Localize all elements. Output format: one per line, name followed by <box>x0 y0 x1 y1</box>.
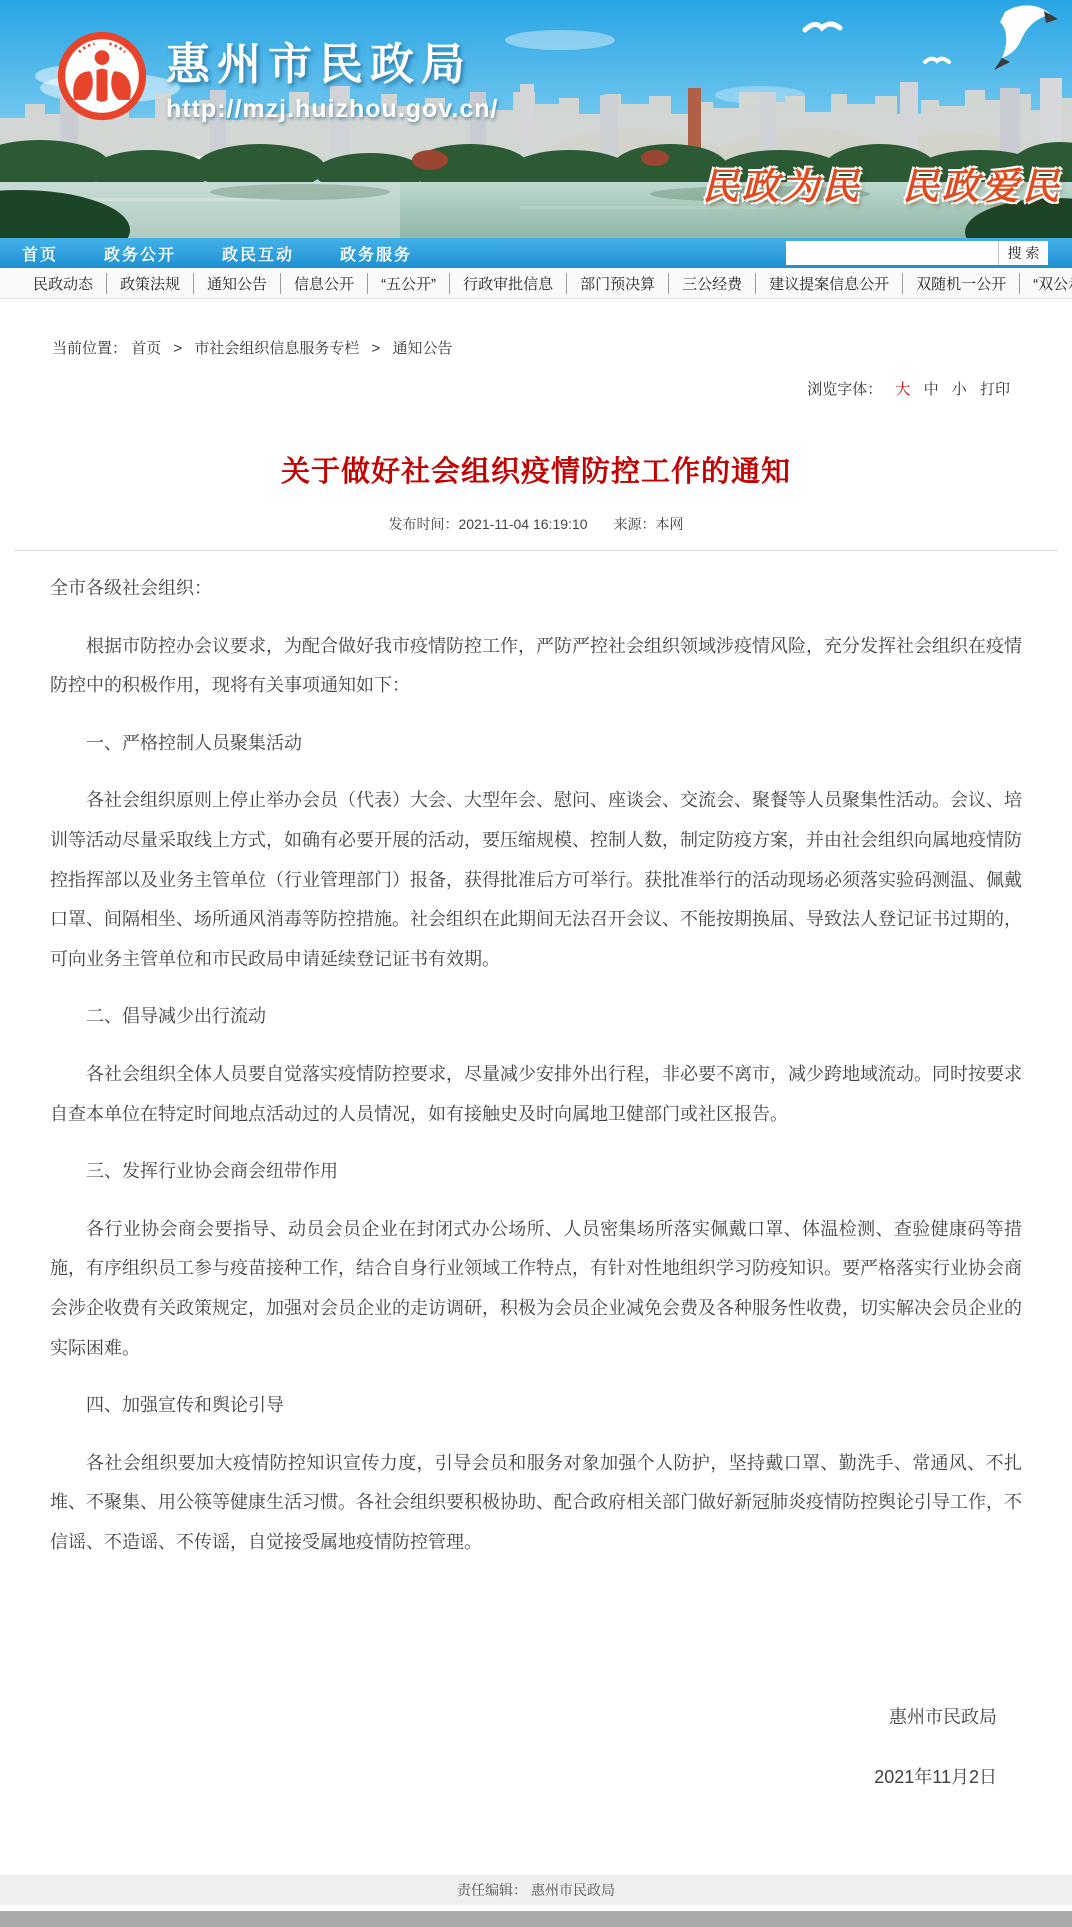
subnav-item-five-open[interactable]: “五公开” <box>367 273 449 294</box>
search-input[interactable] <box>786 241 998 265</box>
subnav-item-double-publicity[interactable]: “双公示”信息 <box>1019 273 1072 294</box>
signature-date: 2021年11月2日 <box>50 1757 997 1797</box>
breadcrumb-label: 当前位置： <box>52 340 127 357</box>
editor-label: 责任编辑： <box>457 1880 527 1900</box>
article-paragraph: 各社会组织要加大疫情防控知识宣传力度，引导会员和服务对象加强个人防护，坚持戴口罩… <box>50 1444 1022 1563</box>
site-banner: 惠州市民政局 http://mzj.huizhou.gov.cn/ 民政为民 民… <box>0 0 1072 238</box>
article-paragraph: 各行业协会商会要指导、动员会员企业在封闭式办公场所、人员密集场所落实佩戴口罩、体… <box>50 1210 1022 1368</box>
font-size-large-button[interactable]: 大 <box>895 381 910 398</box>
breadcrumb-home[interactable]: 首页 <box>131 340 161 357</box>
subnav-item-policies[interactable]: 政策法规 <box>106 273 193 294</box>
sub-nav: 民政动态 政策法规 通知公告 信息公开 “五公开” 行政审批信息 部门预决算 三… <box>0 268 1072 299</box>
banner-slogan: 民政为民 民政爱民 <box>702 156 1062 210</box>
breadcrumb-column[interactable]: 市社会组织信息服务专栏 <box>194 340 359 357</box>
main-nav: 首页 政务公开 政民互动 政务服务 搜 索 <box>0 238 1072 268</box>
signature-org: 惠州市民政局 <box>50 1697 997 1737</box>
section-heading-2: 二、倡导减少出行流动 <box>50 997 1022 1037</box>
section-heading-1: 一、严格控制人员聚集活动 <box>50 724 1022 764</box>
breadcrumb-current[interactable]: 通知公告 <box>392 340 452 357</box>
font-size-medium-button[interactable]: 中 <box>924 381 939 398</box>
subnav-item-double-random[interactable]: 双随机一公开 <box>902 273 1019 294</box>
breadcrumb-separator: > <box>173 340 182 357</box>
article-salutation: 全市各级社会组织： <box>50 569 1022 609</box>
civil-affairs-logo-icon <box>56 30 148 122</box>
nav-item-interaction[interactable]: 政民互动 <box>222 242 294 265</box>
article-paragraph: 各社会组织全体人员要自觉落实疫情防控要求，尽量减少安排外出行程，非必要不离市，减… <box>50 1055 1022 1134</box>
editor-bar: 责任编辑： 惠州市民政局 <box>0 1875 1072 1905</box>
subnav-item-budget[interactable]: 部门预决算 <box>566 273 668 294</box>
site-brand: 惠州市民政局 http://mzj.huizhou.gov.cn/ <box>56 28 498 124</box>
subnav-item-three-public-funds[interactable]: 三公经费 <box>668 273 755 294</box>
page-footer: 责任编辑： 惠州市民政局 <box>0 1875 1072 1927</box>
publish-time-label: 发布时间： <box>389 516 459 532</box>
section-heading-4: 四、加强宣传和舆论引导 <box>50 1386 1022 1426</box>
article-paragraph: 各社会组织原则上停止举办会员（代表）大会、大型年会、慰问、座谈会、交流会、聚餐等… <box>50 781 1022 979</box>
page: 惠州市民政局 http://mzj.huizhou.gov.cn/ 民政为民 民… <box>0 0 1072 1927</box>
subnav-item-notices[interactable]: 通知公告 <box>193 273 280 294</box>
article: 关于做好社会组织疫情防控工作的通知 发布时间：2021-11-04 16:19:… <box>0 449 1072 1797</box>
article-paragraph: 根据市防控办会议要求，为配合做好我市疫情防控工作，严防严控社会组织领域涉疫情风险… <box>50 627 1022 706</box>
breadcrumb: 当前位置： 首页 > 市社会组织信息服务专栏 > 通知公告 <box>52 337 1072 358</box>
divider <box>14 550 1058 551</box>
font-size-small-button[interactable]: 小 <box>952 381 967 398</box>
publish-time: 2021-11-04 16:19:10 <box>459 516 588 532</box>
bottom-strip <box>0 1911 1072 1927</box>
site-name: 惠州市民政局 <box>166 28 498 92</box>
subnav-item-admin-approval[interactable]: 行政审批信息 <box>449 273 566 294</box>
article-signature-block: 惠州市民政局 2021年11月2日 <box>50 1697 997 1797</box>
source-label: 来源： <box>613 516 655 532</box>
site-url: http://mzj.huizhou.gov.cn/ <box>166 95 498 124</box>
article-body: 全市各级社会组织： 根据市防控办会议要求，为配合做好我市疫情防控工作，严防严控社… <box>50 569 1022 1562</box>
nav-item-services[interactable]: 政务服务 <box>340 242 412 265</box>
nav-item-home[interactable]: 首页 <box>22 242 58 265</box>
subnav-item-news[interactable]: 民政动态 <box>20 273 106 294</box>
search-bar: 搜 索 <box>786 241 1048 265</box>
article-title: 关于做好社会组织疫情防控工作的通知 <box>50 449 1022 490</box>
subnav-item-info-disclosure[interactable]: 信息公开 <box>280 273 367 294</box>
font-size-label: 浏览字体： <box>807 381 882 398</box>
print-button[interactable]: 打印 <box>980 381 1010 398</box>
source: 本网 <box>655 516 683 532</box>
page-toolbar: 浏览字体： 大 中 小 打印 <box>0 378 1072 399</box>
article-meta: 发布时间：2021-11-04 16:19:10来源：本网 <box>50 514 1022 534</box>
breadcrumb-separator: > <box>372 340 381 357</box>
section-heading-3: 三、发挥行业协会商会纽带作用 <box>50 1152 1022 1192</box>
editor-name: 惠州市民政局 <box>531 1880 615 1900</box>
search-button[interactable]: 搜 索 <box>998 241 1048 265</box>
nav-item-gov-disclosure[interactable]: 政务公开 <box>104 242 176 265</box>
subnav-item-proposals[interactable]: 建议提案信息公开 <box>755 273 902 294</box>
